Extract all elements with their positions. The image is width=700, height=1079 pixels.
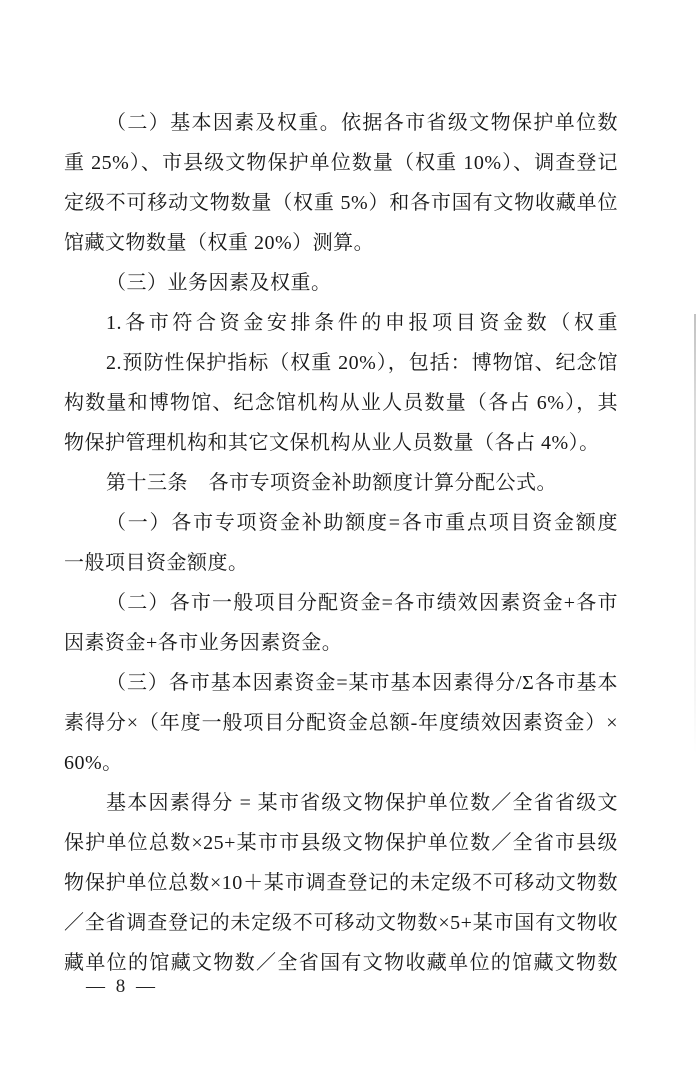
text-line: 馆藏文物数量（权重 20%）测算。 <box>64 223 618 263</box>
body-text: （二）基本因素及权重。依据各市省级文物保护单位数量（权 重 25%）、市县级文物… <box>64 103 618 983</box>
paragraph-formula-2: （二）各市一般项目分配资金=各市绩效因素资金+各市基本 因素资金+各市业务因素资… <box>64 583 618 663</box>
paragraph-article-13-heading: 第十三条 各市专项资金补助额度计算分配公式。 <box>64 463 618 503</box>
text-line: （二）基本因素及权重。依据各市省级文物保护单位数量（权 <box>64 103 618 143</box>
text-line: 素得分×（年度一般项目分配资金总额-年度绩效因素资金）× <box>64 703 618 743</box>
text-line: 第十三条 各市专项资金补助额度计算分配公式。 <box>64 463 618 503</box>
text-line: 物保护单位总数×10＋某市调查登记的未定级不可移动文物数 <box>64 863 618 903</box>
paragraph-item-2: 2.预防性保护指标（权重 20%），包括：博物馆、纪念馆机 构数量和博物馆、纪念… <box>64 343 618 463</box>
paragraph-formula-3: （三）各市基本因素资金=某市基本因素得分/Σ各市基本因 素得分×（年度一般项目分… <box>64 663 618 783</box>
paragraph-formula-1: （一）各市专项资金补助额度=各市重点项目资金额度+各市 一般项目资金额度。 <box>64 503 618 583</box>
text-line: 基本因素得分 = 某市省级文物保护单位数／全省省级文物 <box>64 783 618 823</box>
text-line: 重 25%）、市县级文物保护单位数量（权重 10%）、调查登记的未 <box>64 143 618 183</box>
text-line: （三）业务因素及权重。 <box>64 263 618 303</box>
text-line: 2.预防性保护指标（权重 20%），包括：博物馆、纪念馆机 <box>64 343 618 383</box>
text-line: ／全省调查登记的未定级不可移动文物数×5+某市国有文物收 <box>64 903 618 943</box>
document-page: （二）基本因素及权重。依据各市省级文物保护单位数量（权 重 25%）、市县级文物… <box>0 0 700 1079</box>
paragraph-business-factors-heading: （三）业务因素及权重。 <box>64 263 618 303</box>
text-line: （三）各市基本因素资金=某市基本因素得分/Σ各市基本因 <box>64 663 618 703</box>
paragraph-basic-factors: （二）基本因素及权重。依据各市省级文物保护单位数量（权 重 25%）、市县级文物… <box>64 103 618 263</box>
text-line: 60%。 <box>64 743 618 783</box>
text-line: （一）各市专项资金补助额度=各市重点项目资金额度+各市 <box>64 503 618 543</box>
paragraph-item-1: 1.各市符合资金安排条件的申报项目资金数（权重 20%）。 <box>64 303 618 343</box>
text-line: 因素资金+各市业务因素资金。 <box>64 623 618 663</box>
text-line: 1.各市符合资金安排条件的申报项目资金数（权重 20%）。 <box>64 303 618 343</box>
text-line: 构数量和博物馆、纪念馆机构从业人员数量（各占 6%），其它文 <box>64 383 618 423</box>
scan-artifact-line <box>694 314 696 754</box>
text-line: 保护单位总数×25+某市市县级文物保护单位数／全省市县级文 <box>64 823 618 863</box>
paragraph-basic-factor-score-formula: 基本因素得分 = 某市省级文物保护单位数／全省省级文物 保护单位总数×25+某市… <box>64 783 618 983</box>
text-line: 定级不可移动文物数量（权重 5%）和各市国有文物收藏单位的 <box>64 183 618 223</box>
page-number: — 8 — <box>86 972 158 1002</box>
text-line: 物保护管理机构和其它文保机构从业人员数量（各占 4%）。 <box>64 423 618 463</box>
text-line: 一般项目资金额度。 <box>64 543 618 583</box>
text-line: （二）各市一般项目分配资金=各市绩效因素资金+各市基本 <box>64 583 618 623</box>
